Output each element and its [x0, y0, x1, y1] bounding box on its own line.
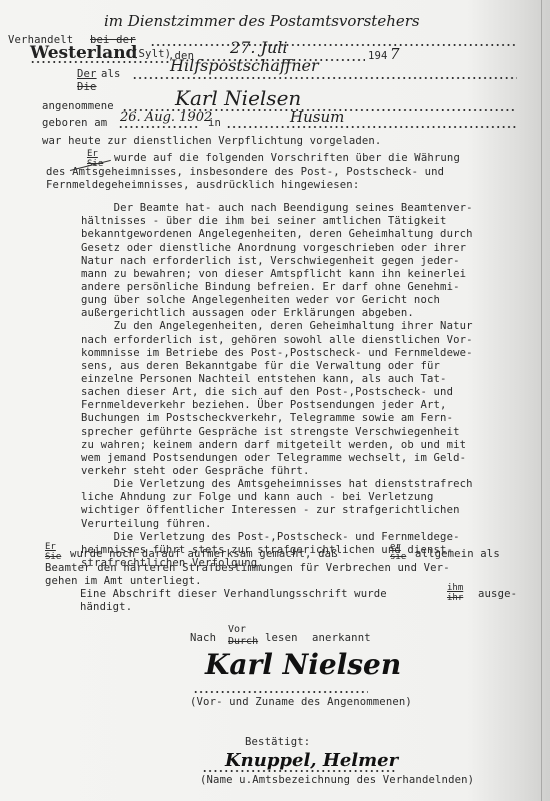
anerkannt-label: anerkannt: [312, 632, 371, 645]
die-struck: Die: [77, 81, 97, 94]
paragraph-2-line: einzelne Personen Nachteil entstehen kan…: [81, 373, 447, 386]
paragraph-2-line: Zu den Angelegenheiten, deren Geheimhalt…: [81, 320, 473, 333]
paragraph-1-line: Gesetz oder dienstliche Anordnung vorges…: [81, 242, 466, 255]
notice-line-2: Beamter den härteren Strafbestimmungen f…: [45, 562, 450, 575]
paragraph-1-line: außergerichtlich aussagen oder Erklärung…: [81, 307, 414, 320]
paragraph-4-line: Die Verletzung des Post-,Postscheck- und…: [81, 531, 460, 544]
paragraph-1-line: hältnisses - über die ihm bei seiner amt…: [81, 215, 447, 228]
dotted-line: [150, 44, 515, 46]
date-handwritten: 27. Juli: [230, 38, 287, 57]
paragraph-3-line: liche Ahndung zur Folge und kann auch - …: [81, 491, 434, 504]
place-printed: Westerland: [30, 43, 137, 63]
signature-dotted-line: [202, 770, 397, 772]
paragraph-2-line: zu wahren; keinem andern darf mitgeteilt…: [81, 439, 466, 452]
paragraph-2-line: Buchungen im Postscheckverkehr, Telegram…: [81, 412, 453, 425]
copy-notice-line-1a: Eine Abschrift dieser Verhandlungsschrif…: [80, 588, 387, 601]
lesen-label: lesen: [265, 632, 298, 645]
dotted-line: [118, 126, 200, 128]
paragraph-3-line: Verurteilung führen.: [81, 518, 212, 531]
paragraph-2-line: sprecher geführte Gespräche ist strengst…: [81, 426, 460, 439]
sie-small-struck: sie: [390, 553, 406, 562]
signature-verhandelnder: Knuppel, Helmer: [225, 750, 398, 771]
dotted-line: [30, 61, 170, 63]
notice-line-1b: allgemein als: [415, 548, 500, 561]
scan-edge-line: [541, 0, 542, 801]
notice-line-1a: wurde noch darauf aufmerksam gemacht, da…: [70, 548, 338, 561]
durch-struck: Durch: [228, 637, 258, 646]
birthplace-handwritten: Husum: [290, 108, 344, 126]
er-pronoun: Er: [45, 543, 56, 552]
copy-notice-line-2: händigt.: [80, 601, 132, 614]
paragraph-2-line: verkehr steht oder Gespräche führt.: [81, 465, 309, 478]
paragraph-1-line: gung über solche Angelegenheiten weder v…: [81, 294, 440, 307]
place-suffix: (Sylt): [132, 48, 171, 61]
er-pronoun: Er: [87, 150, 98, 159]
place-handwritten: im Dienstzimmer des Postamtsvorstehers: [104, 12, 420, 30]
paragraph-2-line: sachen dieser Art, die sich auf den Post…: [81, 386, 453, 399]
paragraph-1-line: mann zu bewahren; von dieser Amtspflicht…: [81, 268, 466, 281]
ihm-pronoun: ihm: [447, 584, 463, 593]
paragraph-1-line: Der Beamte hat- auch nach Beendigung sei…: [81, 202, 473, 215]
intro-line-1: wurde auf die folgenden Vorschriften übe…: [114, 152, 460, 165]
confirmation-caption: (Name u.Amtsbezeichnung des Verhandelnde…: [200, 774, 474, 787]
paragraph-3-line: wichtiger öffentlicher Interessen - zur …: [81, 504, 460, 517]
bestaetigt-label: Bestätigt:: [245, 736, 310, 749]
paragraph-2-line: nach erforderlich ist, gehören sowohl al…: [81, 334, 473, 347]
role-handwritten: Hilfspostschaffner: [170, 56, 319, 75]
year-printed: 194: [368, 50, 388, 63]
paragraph-2-line: Fernmeldeverkehr beziehen. Über Postsend…: [81, 399, 447, 412]
paragraph-1-line: bekanntgewordenen Angelegenheiten, deren…: [81, 228, 473, 241]
geboren-label: geboren am: [42, 117, 107, 130]
signature-angenommener: Karl Nielsen: [205, 648, 401, 681]
intro-line-2: des Amtsgeheimnisses, insbesondere des P…: [46, 166, 444, 179]
year-handwritten: 7: [390, 45, 400, 63]
paragraph-3-line: Die Verletzung des Amtsgeheimnisses hat …: [81, 478, 473, 491]
er-small: er: [390, 543, 401, 552]
summons-text: war heute zur dienstlichen Verpflichtung…: [42, 135, 381, 148]
dotted-line: [226, 126, 517, 128]
copy-notice-line-1b: ausge-: [478, 588, 517, 601]
paragraph-2-line: sens, aus deren Bekanntgabe für die Verw…: [81, 360, 440, 373]
vor-label: Vor: [228, 625, 246, 634]
als-label: als: [101, 68, 121, 81]
sie-pronoun-struck: Sie: [45, 553, 61, 562]
dotted-line: [132, 77, 517, 79]
paragraph-1-line: andere persönliche Bindung befreien. Er …: [81, 281, 460, 294]
signature-dotted-line: [193, 691, 368, 693]
birthdate-handwritten: 26. Aug. 1902: [120, 110, 212, 125]
nach-label: Nach: [190, 632, 216, 645]
in-label: in: [208, 117, 221, 130]
ihr-pronoun-struck: ihr: [447, 594, 463, 603]
signature-caption: (Vor- und Zuname des Angenommenen): [190, 696, 412, 709]
der-label: Der: [77, 68, 97, 81]
notice-line-3: gehen im Amt unterliegt.: [45, 575, 202, 588]
intro-line-3: Fernmeldegeheimnisses, ausdrücklich hing…: [46, 179, 359, 192]
paragraph-2-line: wem jemand Postsendungen oder Telegramme…: [81, 452, 466, 465]
document-page: Verhandelt bei der im Dienstzimmer des P…: [0, 0, 550, 801]
paragraph-1-line: Natur nach erforderlich ist, Verschwiege…: [81, 255, 460, 268]
angenommene-label: angenommene: [42, 100, 114, 113]
name-handwritten: Karl Nielsen: [175, 86, 301, 110]
paragraph-2-line: kommnisse im Betriebe des Post-,Postsche…: [81, 347, 473, 360]
